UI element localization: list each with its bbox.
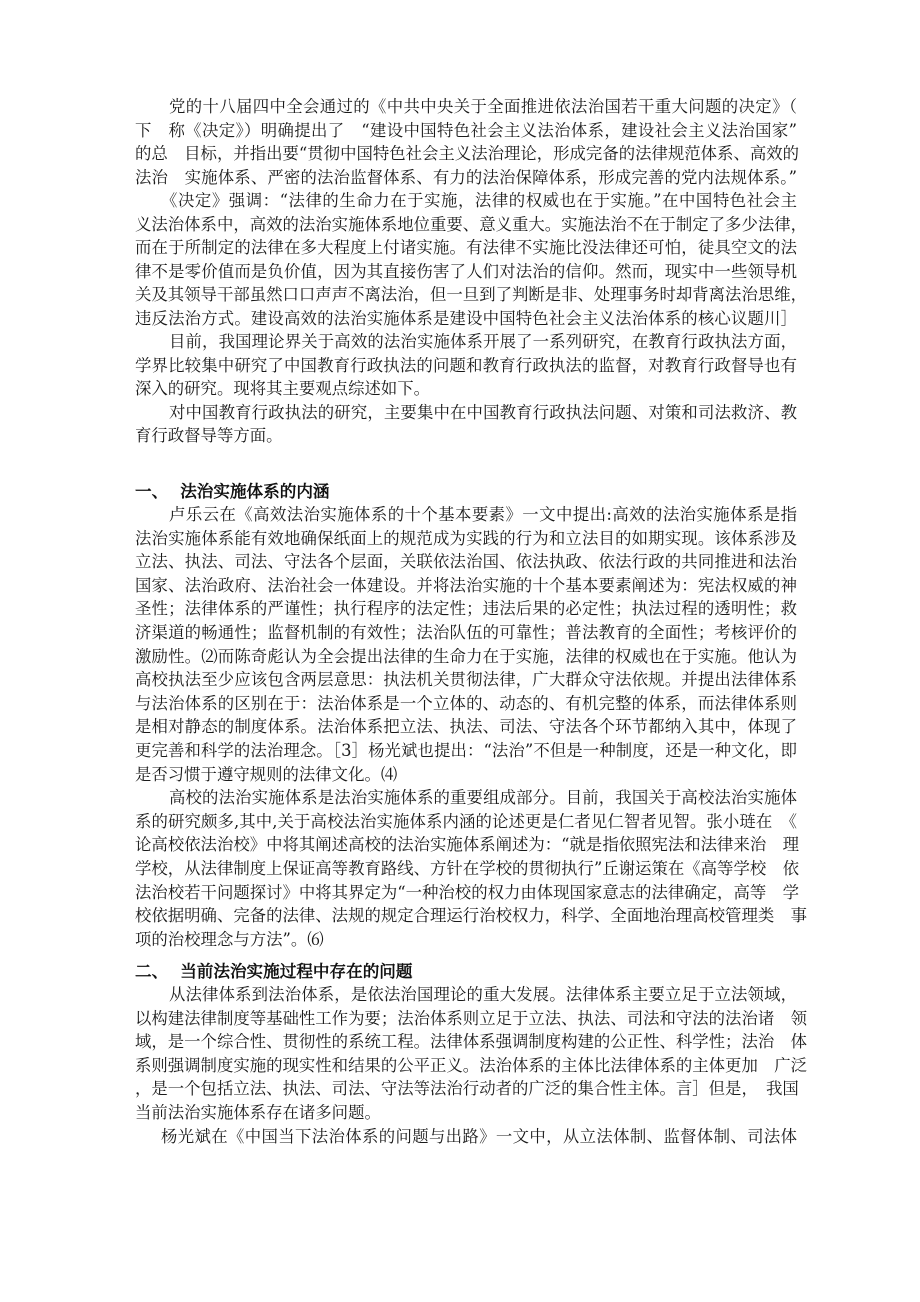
paragraph-5-line-5: 圣性；法律体系的严谨性；执行程序的法定性；违法后果的必定性；执法过程的透明性；救 [135,597,797,621]
paragraph-7-line-6: 当前法治实施体系存在诸多问题。 [135,1101,797,1125]
paragraph-5-line-7: 激励性。⑵而陈奇彪认为全会提出法律的生命力在于实施，法律的权威也在于实施。他认为 [135,645,797,669]
paragraph-7-line-4: 系则强调制度实施的现实性和结果的公平正义。法治体系的主体比法律体系的主体更加 广… [135,1054,797,1078]
paragraph-6-line-6: 校依据明确、完备的法律、法规的规定合理运行治校权力，科学、全面地治理高校管理类 … [135,904,797,928]
section-number: 一、 [135,479,168,505]
paragraph-1-line-3: 的总 目标，并指出要“贯彻中国特色社会主义法治理论，形成完备的法律规范体系、高效… [135,142,797,166]
paragraph-1-line-1: 党的十八届四中全会通过的《中共中央关于全面推进依法治国若干重大问题的决定》（ [169,95,797,119]
section-title: 法治实施体系的内涵 [180,482,329,501]
paragraph-6-line-4: 学校，从法律制度上保证高等教育路线、方针在学校的贯彻执行”丘谢运策在《高等学校 … [135,857,797,881]
paragraph-2-line-3: 而在于所制定的法律在多大程度上付诸实施。有法律不实施比没法律还可怕，徒具空文的法 [135,236,797,260]
paragraph-6-line-3: 论高校依法治校》中将其阐述高校的法治实施体系阐述为：“就是指依照宪法和法律来治 … [135,833,797,857]
paragraph-1-line-4: 法治 实施体系、严密的法治监督体系、有力的法治保障体系，形成完善的党内法规体系。… [135,166,797,190]
paragraph-2-line-6: 违反法治方式。建设高效的法治实施体系是建设中国特色社会主义法治体系的核心议题川］ [135,307,797,331]
paragraph-5-line-2: 法治实施体系能有效地确保纸面上的规范成为实践的行为和立法目的如期实现。该体系涉及 [135,527,797,551]
paragraph-6-line-5: 法治校若干问题探讨》中将其界定为“一种治校的权力由体现国家意志的法律确定，高等 … [135,881,797,905]
paragraph-5-line-9: 与法治体系的区别在于：法治体系是一个立体的、动态的、有机完整的体系，而法律体系则 [135,692,797,716]
paragraph-5-line-6: 济渠道的畅通性；监督机制的有效性；法治队伍的可靠性；普法教育的全面性；考核评价的 [135,621,797,645]
paragraph-6-line-7: 项的治校理念与方法”。⑹ [135,928,797,952]
section-number: 二、 [135,959,168,985]
section-heading-1: 一、法治实施体系的内涵 [135,479,330,505]
paragraph-2-line-5: 关及其领导干部虽然口口声声不离法治，但一旦到了判断是非、处理事务时却背离法治思维… [135,283,797,307]
paragraph-5-line-1: 卢乐云在《高效法治实施体系的十个基本要素》一文中提出:高效的法治实施体系是指 [169,503,797,527]
paragraph-3-line-2: 学界比较集中研究了中国教育行政执法的问题和教育行政执法的监督，对教育行政督导也有 [135,354,797,378]
section-heading-2: 二、当前法治实施过程中存在的问题 [135,959,413,985]
paragraph-6-line-2: 系的研究颇多,其中,关于高校法治实施体系内涵的论述更是仁者见仁智者见智。张小琏在… [135,810,797,834]
paragraph-5-line-10: 是相对静态的制度体系。法治体系把立法、执法、司法、守法各个环节都纳入其中，体现了 [135,715,797,739]
paragraph-2-line-4: 律不是零价值而是负价值，因为其直接伤害了人们对法治的信仰。然而，现实中一些领导机 [135,260,797,284]
paragraph-5-line-4: 国家、法治政府、法治社会一体建设。并将法治实施的十个基本要素阐述为：宪法权威的神 [135,574,797,598]
paragraph-3-line-1: 目前，我国理论界关于高效的法治实施体系开展了一系列研究，在教育行政执法方面， [169,330,797,354]
paragraph-5-line-3: 立法、执法、司法、守法各个层面，关联依法治国、依法执政、依法行政的共同推进和法治 [135,550,797,574]
paragraph-4-line-1: 对中国教育行政执法的研究，主要集中在中国教育行政执法问题、对策和司法救济、教 [169,401,797,425]
paragraph-3-line-3: 深入的研究。现将其主要观点综述如下。 [135,377,797,401]
paragraph-5-line-8: 高校执法至少应该包含两层意思：执法机关贯彻法律，广大群众守法依规。并提出法律体系 [135,668,797,692]
paragraph-2-line-2: 义法治体系中，高效的法治实施体系地位重要、意义重大。实施法治不在于制定了多少法律… [135,213,797,237]
paragraph-7-line-2: 以构建法律制度等基础性工作为要；法治体系则立足于立法、执法、司法和守法的法治诸 … [135,1007,797,1031]
section-title: 当前法治实施过程中存在的问题 [180,962,412,981]
paragraph-7-line-3: 域，是一个综合性、贯彻性的系统工程。法律体系强调制度构建的公正性、科学性；法治 … [135,1030,797,1054]
paragraph-1-line-2: 下 称《决定》）明确提出了 “建设中国特色社会主义法治体系，建设社会主义法治国家… [135,119,797,143]
paragraph-4-line-2: 育行政督导等方面。 [135,424,797,448]
paragraph-7-line-5: ，是一个包括立法、执法、司法、守法等法治行动者的广泛的集合性主体。言］但是， 我… [135,1077,797,1101]
paragraph-5-line-11: 更完善和科学的法治理念。［3］杨光斌也提出：“法治”不但是一种制度，还是一种文化… [135,739,797,763]
paragraph-6-line-1: 高校的法治实施体系是法治实施体系的重要组成部分。目前，我国关于高校法治实施体 [169,786,797,810]
paragraph-2-line-1: 《决定》强调：“法律的生命力在于实施，法律的权威也在于实施。”在中国特色社会主 [161,189,797,213]
paragraph-5-line-12: 是否习惯于遵守规则的法律文化。⑷ [135,763,797,787]
paragraph-8-line-1: 杨光斌在《中国当下法治体系的问题与出路》一文中，从立法体制、监督体制、司法体 [161,1125,797,1149]
paragraph-7-line-1: 从法律体系到法治体系，是依法治国理论的重大发展。法律体系主要立足于立法领域， [169,983,797,1007]
